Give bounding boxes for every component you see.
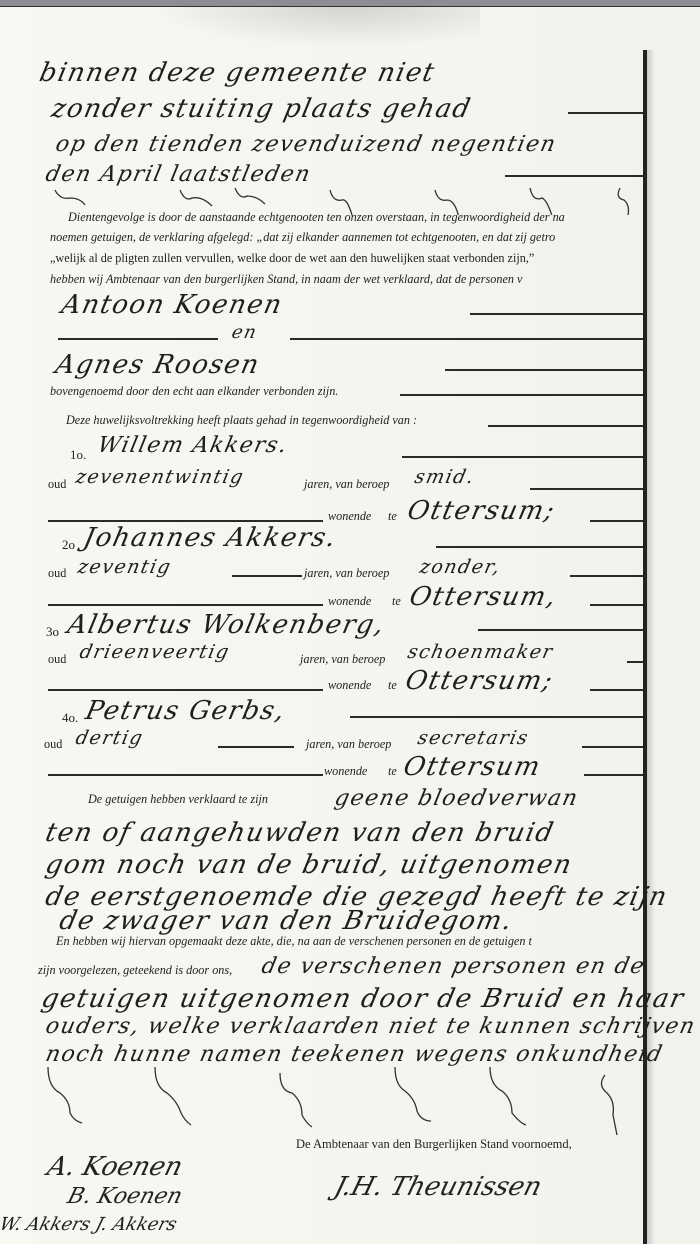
signature-1: A. Koenen	[44, 1152, 186, 1182]
closing-printed-1: En hebben wij hiervan opgemaakt deze akt…	[56, 934, 532, 949]
fill-line	[218, 746, 294, 748]
opening-line-4: den April laatstleden	[43, 162, 313, 187]
witness-3-occupation: schoenmaker	[406, 641, 556, 663]
te-label: te	[388, 764, 397, 779]
oud-label: oud	[48, 566, 66, 581]
fill-line	[570, 575, 643, 577]
fill-line	[568, 112, 643, 114]
fill-line	[400, 394, 643, 396]
fill-line	[350, 716, 643, 718]
beroep-label: jaren, van beroep	[304, 566, 389, 581]
conjunction: en	[230, 322, 260, 343]
fill-line	[48, 520, 323, 522]
witness-1-residence: Ottersum;	[405, 496, 558, 526]
fill-line	[505, 175, 643, 177]
te-label: te	[388, 678, 397, 693]
witness-4-number: 4o.	[62, 710, 78, 726]
closing-hw-2: getuigen uitgenomen door de Bruid en haa…	[39, 984, 687, 1014]
groom-name: Antoon Koenen	[59, 290, 286, 320]
official-caption: De Ambtenaar van den Burgerlijken Stand …	[296, 1137, 572, 1152]
witness-4-occupation: secretaris	[416, 727, 532, 749]
oud-label: oud	[44, 737, 62, 752]
fill-line	[470, 313, 643, 315]
closing-hw-1: de verschenen personen en de	[259, 954, 647, 979]
witness-4-name: Petrus Gerbs,	[83, 696, 289, 726]
paper-fold-shadow	[150, 7, 480, 47]
closing-hw-3: ouders, welke verklaarden niet te kunnen…	[43, 1014, 698, 1039]
declaration-line-1: Dientengevolge is door de aanstaande ech…	[68, 210, 565, 225]
fill-line	[290, 338, 643, 340]
signature-2: B. Koenen	[65, 1184, 185, 1209]
witness-3-number: 3o	[46, 624, 59, 640]
fill-line	[478, 629, 643, 631]
opening-line-3: op den tienden zevenduizend negentien	[53, 132, 559, 157]
oud-label: oud	[48, 652, 66, 667]
declaration-line-4: hebben wij Ambtenaar van den burgerlijke…	[50, 272, 522, 287]
witness-3-age: drieenveertig	[78, 641, 232, 663]
fill-line	[402, 456, 643, 458]
fill-line	[530, 488, 643, 490]
wonende-label: wonende	[328, 509, 371, 524]
witnesses-intro: Deze huwelijksvoltrekking heeft plaats g…	[66, 413, 417, 428]
official-signature: J.H. Theunissen	[331, 1172, 545, 1202]
fill-line	[590, 689, 643, 691]
witness-1-number: 1o.	[70, 447, 86, 463]
fill-line	[445, 369, 643, 371]
fill-line	[232, 575, 302, 577]
witness-1-name: Willem Akkers.	[95, 433, 290, 458]
witness-3-name: Albertus Wolkenberg,	[65, 610, 388, 640]
fill-line	[48, 774, 323, 776]
bride-name: Agnes Roosen	[53, 350, 263, 380]
oud-label: oud	[48, 477, 66, 492]
declaration-line-2: noemen getuigen, de verklaring afgelegd:…	[50, 230, 555, 245]
witness-1-age: zevenentwintig	[74, 466, 247, 488]
te-label: te	[388, 509, 397, 524]
beroep-label: jaren, van beroep	[300, 652, 385, 667]
witness-2-occupation: zonder,	[418, 556, 503, 578]
closing-hw-4: noch hunne namen teekenen wegens onkundh…	[43, 1042, 665, 1067]
closing-printed-2: zijn voorgelezen, geteekend is door ons,	[38, 963, 232, 978]
fill-line	[48, 689, 323, 691]
fill-line	[58, 338, 218, 340]
declaration-line-3: „welijk al de pligten zullen vervullen, …	[50, 251, 534, 266]
fill-line	[627, 661, 643, 663]
witness-2-number: 2o	[62, 537, 75, 553]
fill-line	[582, 746, 643, 748]
fill-line	[436, 546, 643, 548]
fill-line	[584, 774, 643, 776]
witness-2-residence: Ottersum,	[407, 582, 560, 612]
joined-text: bovengenoemd door den echt aan elkander …	[50, 384, 338, 399]
fill-line	[488, 425, 643, 427]
witness-declaration-printed: De getuigen hebben verklaard te zijn	[88, 792, 268, 807]
witness-declaration-hw-5: de zwager van den Bruidegom.	[57, 906, 516, 936]
wonende-label: wonende	[324, 764, 367, 779]
opening-line-1: binnen deze gemeente niet	[37, 58, 438, 88]
witness-4-age: dertig	[74, 727, 146, 749]
signature-3: W. Akkers J. Akkers	[0, 1214, 179, 1235]
fill-line	[590, 604, 643, 606]
witness-1-occupation: smid.	[413, 466, 477, 488]
opening-line-2: zonder stuiting plaats gehad	[49, 94, 474, 124]
witness-declaration-hw-2: ten of aangehuwden van den bruid	[43, 818, 557, 848]
beroep-label: jaren, van beroep	[306, 737, 391, 752]
witness-2-age: zeventig	[76, 556, 174, 578]
fill-line	[48, 604, 323, 606]
beroep-label: jaren, van beroep	[304, 477, 389, 492]
te-label: te	[392, 594, 401, 609]
wonende-label: wonende	[328, 594, 371, 609]
witness-declaration-hw-1: geene bloedverwan	[332, 786, 581, 811]
scanner-edge	[0, 0, 700, 7]
witness-3-residence: Ottersum;	[403, 666, 556, 696]
strike-squiggles-bottom	[40, 1065, 650, 1145]
witness-4-residence: Ottersum	[401, 752, 544, 782]
fill-line	[590, 520, 643, 522]
witness-2-name: Johannes Akkers.	[81, 523, 340, 553]
wonende-label: wonende	[328, 678, 371, 693]
witness-declaration-hw-3: gom noch van de bruid, uitgenomen	[43, 850, 576, 880]
